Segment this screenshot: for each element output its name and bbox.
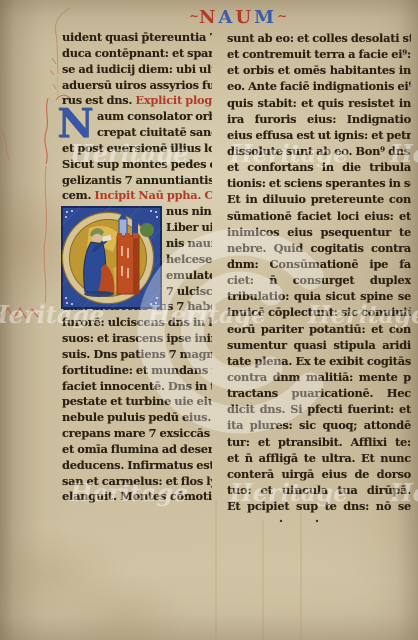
heritage-watermark-text: Heritage	[390, 139, 418, 168]
text-line: tractans puaricationē. Hec	[227, 385, 411, 401]
text-segment: nebule puluis pedū eius. In	[62, 410, 212, 424]
green-tree	[140, 223, 154, 237]
heritage-watermark-text: Heritage	[0, 300, 104, 329]
text-segment: ciet: n̄ consurget duplex	[227, 273, 411, 287]
text-line: tionis: et sciens sperantes in se.	[227, 175, 411, 191]
heritage-watermark-text: Heritage	[70, 478, 188, 507]
text-segment: sumentur quasi stipula aridi	[227, 338, 411, 352]
text-line: nis naum	[166, 236, 212, 252]
text-line: deducens. Infirmatus est ba	[62, 458, 212, 474]
text-segment: tractans puaricationē. Hec	[227, 386, 411, 400]
ink-speck	[280, 520, 282, 522]
text-line: Liber uisio	[166, 220, 212, 236]
text-segment: suis. Dns patiens 7 magnus	[62, 347, 212, 361]
text-line: eo. Ante faciē indignationis ei⁹	[227, 78, 411, 94]
text-line: dnm: Consūmationē ipe fa	[227, 256, 411, 272]
text-segment: quis stabit: et quis resistet in	[227, 96, 411, 110]
text-segment: eo. Ante faciē indignationis ei⁹	[227, 79, 411, 93]
running-title-letter: ∼	[277, 9, 287, 23]
text-line: pestate et turbine uie eius: et	[62, 394, 212, 410]
text-line: et omīa flumina ad desertū	[62, 442, 212, 458]
heritage-watermark-text: Heritage	[308, 300, 418, 329]
text-line: contra dnm malitiā: mente p	[227, 369, 411, 385]
text-segment: crepans mare 7 exsiccās illud:	[62, 426, 212, 440]
text-segment: et n̄ affligā te ultra. Et nunc	[227, 451, 411, 465]
text-segment: dnm: Consūmationē ipe fa	[227, 257, 411, 271]
text-segment: helcesei. Dns	[166, 252, 212, 266]
text-segment: nus niniue.	[166, 204, 212, 218]
heritage-watermark-text: Heritage	[390, 478, 418, 507]
text-line: fortitudine: et mundans n̄	[62, 363, 212, 379]
red-penwork-flourish	[45, 98, 48, 164]
running-title-letter: ∼	[189, 9, 199, 23]
running-title-letter: N	[199, 7, 218, 28]
text-line: aum consolator orbis in	[97, 109, 212, 125]
text-segment: nis naum	[166, 236, 212, 250]
text-segment: Incipit Naū ppha. Cap. I	[91, 188, 212, 202]
text-segment: nebre. Quid cogitatis contra	[227, 241, 411, 255]
text-line: helcesei. Dns	[166, 252, 212, 268]
text-segment: gelizantis 7 annuntiantis pa	[62, 173, 212, 187]
text-line: sunt ab eo: et colles desolati st:	[227, 30, 411, 46]
text-segment: uident quasi p̄tereuntia 7 ca	[62, 30, 212, 44]
text-line: ita plures: sic quoq; attondē	[227, 417, 411, 433]
text-segment: 7 ulciscens	[166, 284, 212, 298]
text-segment: suos: et irascens ipse inimicis	[62, 331, 212, 345]
text-line: et orbis et omēs habitantes in	[227, 62, 411, 78]
text-line: crepans mare 7 exsiccās illud:	[62, 426, 212, 442]
text-line: nebule puluis pedū eius. In	[62, 410, 212, 426]
text-line: ira furoris eius: Indignatio	[227, 111, 411, 127]
text-segment: se ad iudicij diem: ubi ultor	[62, 62, 212, 76]
text-line: ciet: n̄ consurget duplex	[227, 272, 411, 288]
text-line: quis stabit: et quis resistet in	[227, 95, 411, 111]
text-segment: sunt ab eo: et colles desolati st:	[227, 31, 411, 45]
text-line: se ad iudicij diem: ubi ultor	[62, 62, 212, 78]
text-segment: ita plures: sic quoq; attondē	[227, 418, 411, 432]
running-title: ∼NAUM∼	[58, 6, 418, 28]
text-line: aduersū uiros assyrios futu	[62, 78, 212, 94]
text-line: Et in diluuio pretereunte con	[227, 191, 411, 207]
heritage-watermark-text: Heritage	[70, 139, 188, 168]
text-line: tur: et ptransibit. Afflixi te:	[227, 434, 411, 450]
text-line: et contremuit terra a facie ei⁹:	[227, 46, 411, 62]
text-line: dicit dns. Si pfecti fuerint: et	[227, 401, 411, 417]
text-segment: Et in diluuio pretereunte con	[227, 192, 411, 206]
text-line: faciet innocentē. Dns in tē	[62, 379, 212, 395]
text-segment: deducens. Infirmatus est ba	[62, 458, 212, 472]
text-line: suis. Dns patiens 7 magnus	[62, 347, 212, 363]
text-segment: pestate et turbine uie eius: et	[62, 394, 212, 408]
text-segment: et orbis et omēs habitantes in	[227, 63, 411, 77]
ink-speck	[316, 520, 318, 522]
text-segment: cem.	[62, 188, 91, 202]
text-line: emulator.	[166, 268, 212, 284]
text-segment: ira furoris eius: Indignatio	[227, 112, 411, 126]
text-segment: dicit dns. Si pfecti fuerint: et	[227, 402, 411, 416]
text-line: tate plena. Ex te exibit cogitās	[227, 353, 411, 369]
text-segment: fortitudine: et mundans n̄	[62, 363, 212, 377]
text-line: suos: et irascens ipse inimicis	[62, 331, 212, 347]
text-segment: sūmationē faciet loci eius: et	[227, 209, 411, 223]
heritage-watermark-text: Heritage	[230, 139, 348, 168]
running-title-letter: M	[254, 7, 277, 28]
text-line: nebre. Quid cogitatis contra	[227, 240, 411, 256]
heritage-watermark-text: Heritage	[148, 300, 266, 329]
manuscript-page: ∼NAUM∼ uident quasi p̄tereuntia 7 caduca…	[0, 0, 418, 640]
text-segment: aum consolator orbis in	[97, 109, 212, 123]
text-segment: tionis: et sciens sperantes in se.	[227, 176, 411, 190]
text-segment: inimicos eius psequentur te	[227, 225, 411, 239]
parchment-fold-line	[215, 500, 217, 640]
text-line: sumentur quasi stipula aridi	[227, 337, 411, 353]
text-segment: Liber uisio	[166, 220, 212, 234]
text-line: inimicos eius psequentur te	[227, 224, 411, 240]
text-segment: Explicit plog. Ite	[132, 93, 212, 107]
historiated-initial-miniature	[61, 206, 162, 309]
running-title-letter: A	[218, 7, 235, 28]
text-segment: duca contēpnant: et sparent	[62, 46, 212, 60]
text-line: 7 ulciscens	[166, 284, 212, 300]
text-column-right: sunt ab eo: et colles desolati st:et con…	[227, 30, 411, 514]
text-segment: crepat ciuitatē sanguinū:	[97, 125, 212, 139]
parchment-fold-line	[300, 510, 302, 640]
text-line: duca contēpnant: et sparent	[62, 46, 212, 62]
text-line: sūmationē faciet loci eius: et	[227, 208, 411, 224]
text-segment: emulator.	[166, 268, 212, 282]
text-line: et n̄ affligā te ultra. Et nunc	[227, 450, 411, 466]
running-title-letter: U	[235, 7, 254, 28]
text-line: uident quasi p̄tereuntia 7 ca	[62, 30, 212, 46]
parchment-fold-line	[262, 520, 264, 640]
text-segment: et contremuit terra a facie ei⁹:	[227, 47, 411, 61]
text-line: gelizantis 7 annuntiantis pa	[62, 173, 212, 189]
text-segment: tur: et ptransibit. Afflixi te:	[227, 435, 411, 449]
text-segment: aduersū uiros assyrios futu	[62, 78, 212, 92]
text-segment: tate plena. Ex te exibit cogitās	[227, 354, 411, 368]
text-segment: et omīa flumina ad desertū	[62, 442, 212, 456]
text-segment: contra dnm malitiā: mente p	[227, 370, 411, 384]
heritage-watermark-text: Heritage	[230, 478, 348, 507]
text-line: nus niniue.	[166, 204, 212, 220]
text-line: cem. Incipit Naū ppha. Cap. I	[62, 188, 212, 204]
text-segment: faciet innocentē. Dns in tē	[62, 379, 212, 393]
